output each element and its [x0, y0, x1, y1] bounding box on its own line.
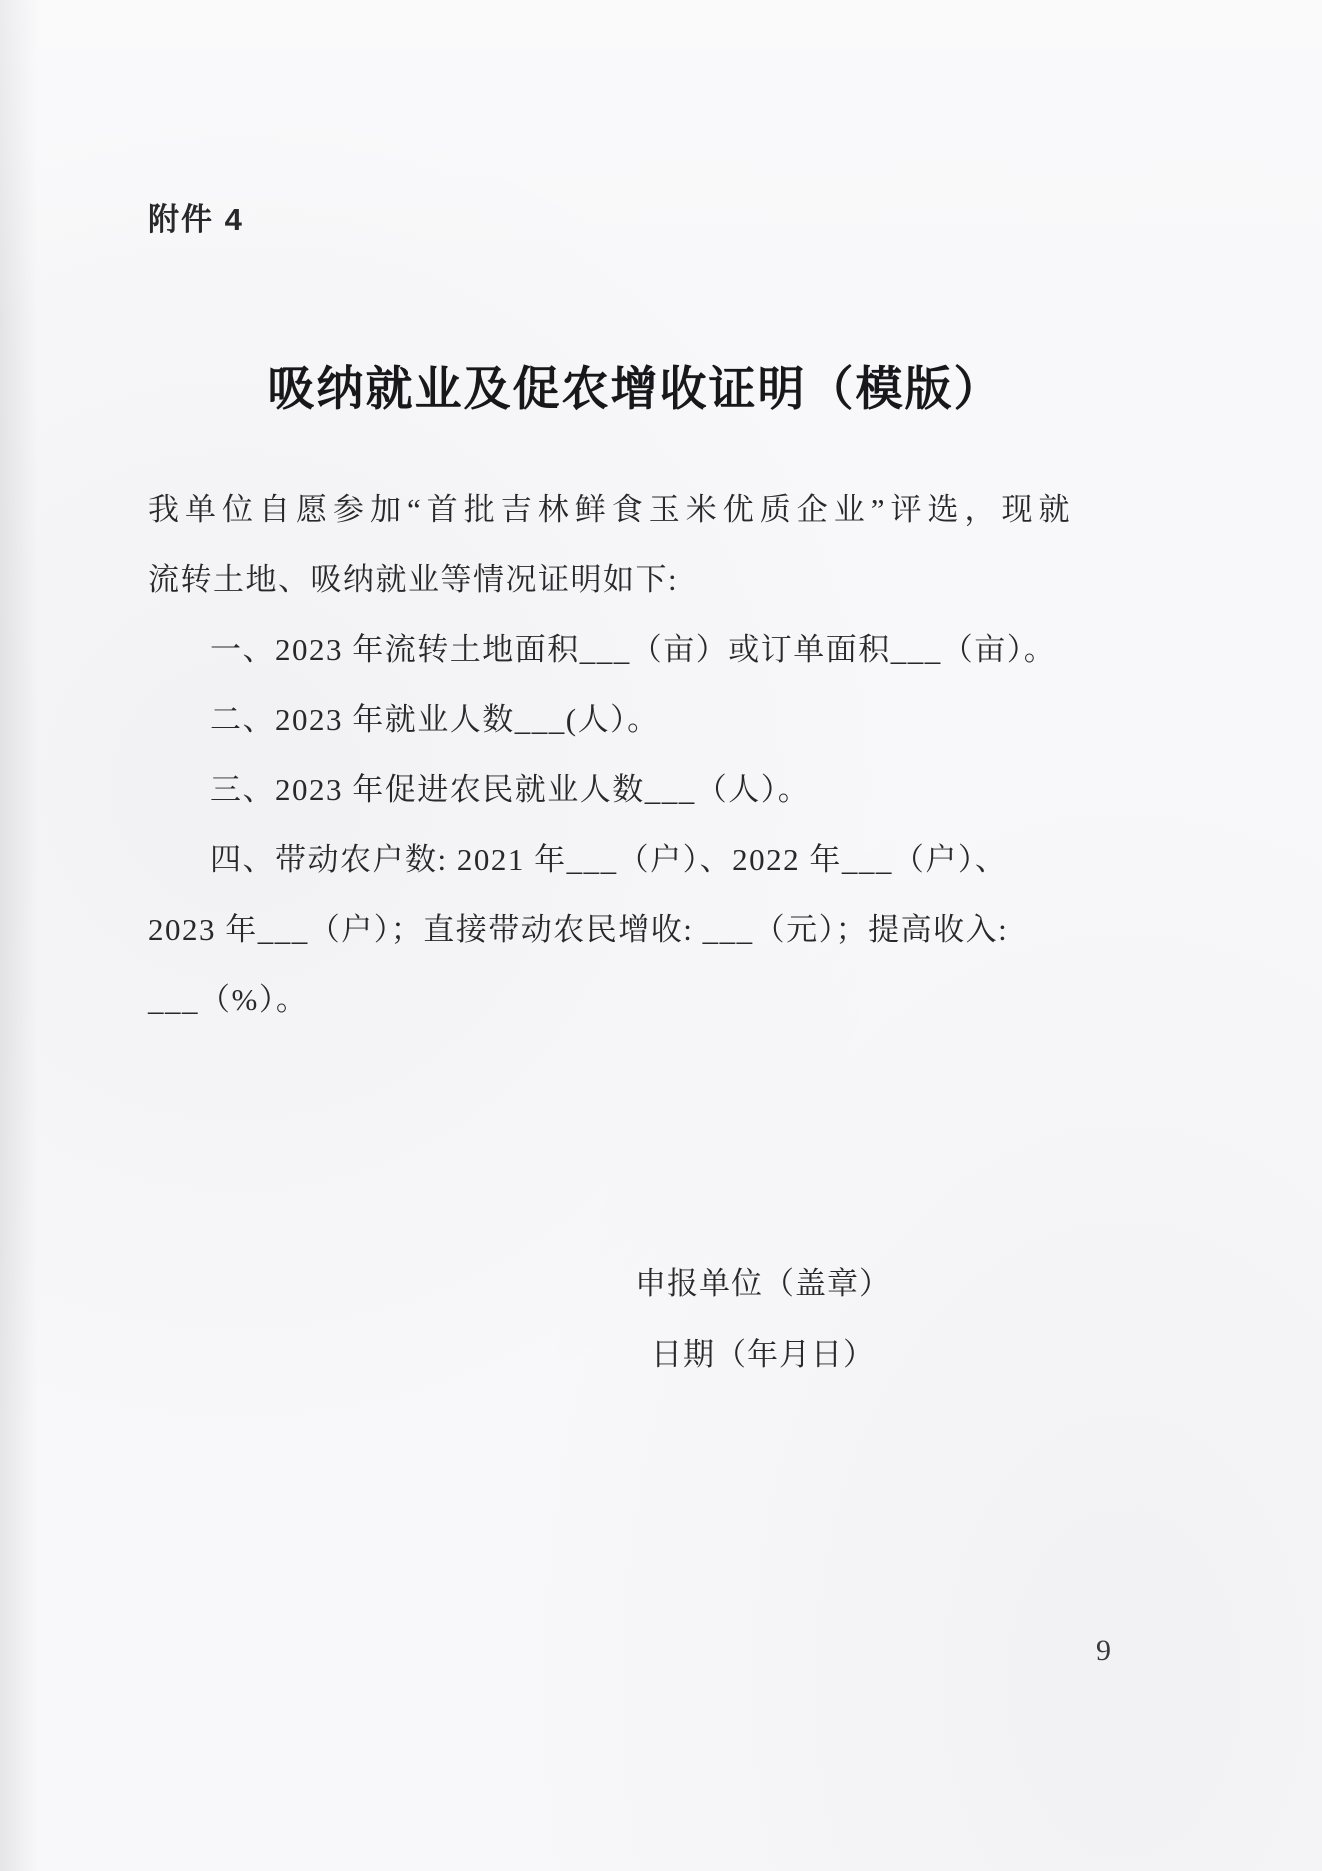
body-line-intro-2: 流转土地、吸纳就业等情况证明如下:: [148, 560, 678, 600]
attachment-label: 附件 4: [148, 194, 244, 239]
body-line-intro-1: 我单位自愿参加“首批吉林鲜食玉米优质企业”评选，现就: [148, 490, 1076, 530]
document-title: 吸纳就业及促农增收证明（模版）: [0, 352, 1270, 419]
left-edge-scan-shadow: [0, 0, 38, 1871]
body-line-item-2: 二、2023 年就业人数___(人）。: [148, 700, 660, 740]
signature-unit-line: 申报单位（盖章）: [628, 1258, 898, 1303]
signature-block: 申报单位（盖章） 日期（年月日）: [628, 1258, 898, 1400]
body-line-item-1: 一、2023 年流转土地面积___（亩）或订单面积___（亩）。: [148, 630, 1056, 670]
body-line-item-4: 四、带动农户数: 2021 年___（户）、2022 年___（户）、: [148, 840, 1007, 880]
body-line-item-3: 三、2023 年促进农民就业人数___（人）。: [148, 770, 810, 810]
signature-date-line: 日期（年月日）: [628, 1329, 898, 1374]
scanned-document-page: 附件 4 吸纳就业及促农增收证明（模版） 我单位自愿参加“首批吉林鲜食玉米优质企…: [0, 0, 1322, 1871]
body-line-item-4-end: ___（%）。: [148, 980, 308, 1020]
page-number: 9: [1096, 1634, 1111, 1668]
body-line-item-4-cont: 2023 年___（户）；直接带动农民增收: ___（元）；提高收入:: [148, 910, 1008, 950]
